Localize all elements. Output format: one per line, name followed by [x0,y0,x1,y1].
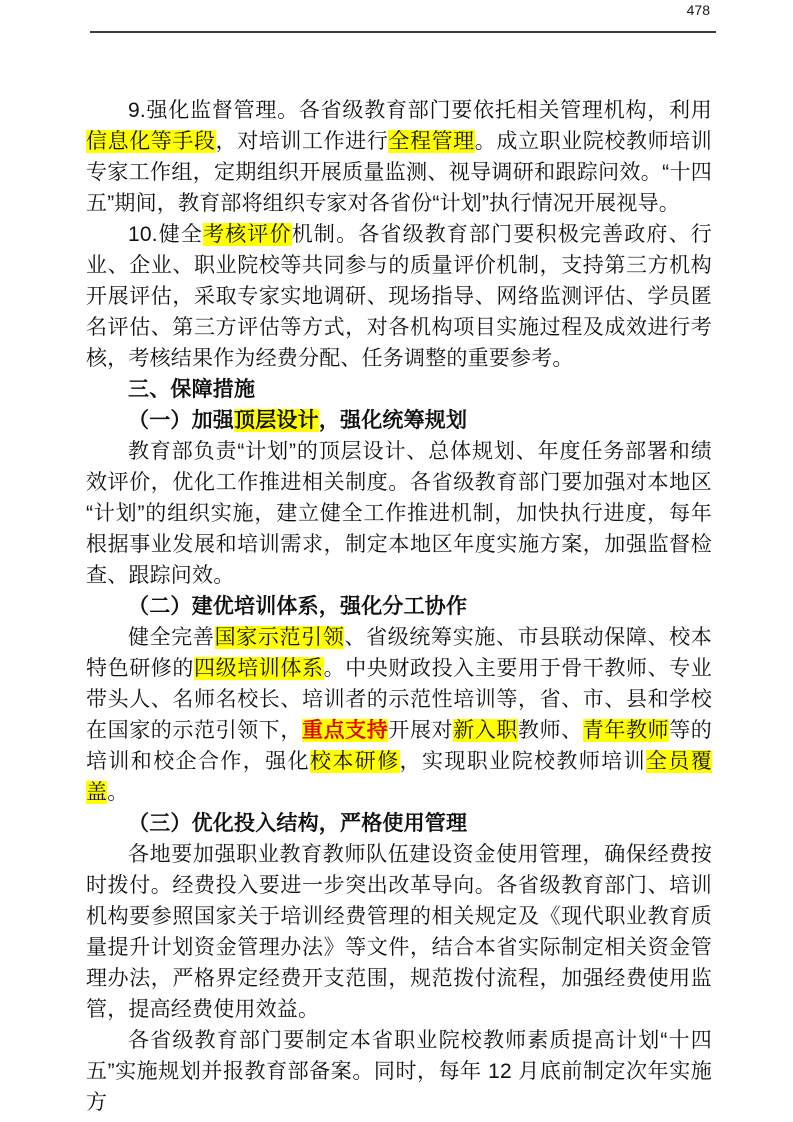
text-run: 10.健全 [128,223,203,246]
text-run: 健全完善 [128,626,215,649]
para-9-supervision: 9.强化监督管理。各省级教育部门要依托相关管理机构，利用信息化等手段，对培训工作… [86,95,712,219]
para-10-evaluation: 10.健全考核评价机制。各省级教育部门要积极完善政府、行业、企业、职业院校等共同… [86,219,712,374]
para-3-1-body: 教育部负责“计划”的顶层设计、总体规划、年度任务部署和绩效评价，优化工作推进相关… [86,436,712,591]
heading-3-1: （一）加强顶层设计，强化统筹规划 [86,405,712,436]
highlighted-text: 全程管理 [388,130,474,153]
text-run: 开展对 [388,719,453,742]
text-run: ，实现职业院校教师培训 [400,750,646,773]
heading-3-2: （二）建优培训体系，强化分工协作 [86,591,712,622]
text-run: 教育部负责“计划”的顶层设计、总体规划、年度任务部署和绩效评价，优化工作推进相关… [86,440,712,587]
text-run: 各地要加强职业教育教师队伍建设资金使用管理，确保经费按时拨付。经费投入要进一步突… [86,843,712,1021]
text-run: ，强化统筹规划 [319,409,467,432]
text-run: 各省级教育部门要制定本省职业院校教师素质提高计划“十四五”实施规划并报教育部备案… [86,1029,712,1114]
document-page: 478 9.强化监督管理。各省级教育部门要依托相关管理机构，利用信息化等手段，对… [0,0,793,1122]
text-run: 。 [107,781,128,804]
para-3-2-body: 健全完善国家示范引领、省级统筹实施、市县联动保障、校本特色研修的四级培训体系。中… [86,622,712,808]
text-run: 三、保障措施 [128,378,255,401]
document-body: 9.强化监督管理。各省级教育部门要依托相关管理机构，利用信息化等手段，对培训工作… [86,95,712,1118]
highlighted-text: 四级培训体系 [194,657,324,680]
text-run: 9.强化监督管理。各省级教育部门要依托相关管理机构，利用 [128,99,712,122]
highlighted-text: 新入职 [453,719,518,742]
text-run: （一）加强 [128,409,234,432]
heading-section-3: 三、保障措施 [86,374,712,405]
page-number: 478 [687,2,710,18]
text-run: （三）优化投入结构，严格使用管理 [128,812,467,835]
text-run: （二）建优培训体系，强化分工协作 [128,595,467,618]
header-rule [90,31,716,33]
highlighted-text: 校本研修 [310,750,400,773]
para-3-3-plan: 各省级教育部门要制定本省职业院校教师素质提高计划“十四五”实施规划并报教育部备案… [86,1025,712,1118]
highlighted-text: 国家示范引领 [215,626,345,649]
highlighted-text: 青年教师 [583,719,669,742]
highlighted-text: 信息化等手段 [86,130,216,153]
text-run: 教师、 [518,719,583,742]
highlighted-text: 顶层设计 [234,409,319,432]
text-run: ，对培训工作进行 [216,130,389,153]
heading-3-3: （三）优化投入结构，严格使用管理 [86,808,712,839]
para-3-3-body: 各地要加强职业教育教师队伍建设资金使用管理，确保经费按时拨付。经费投入要进一步突… [86,839,712,1025]
highlighted-text: 重点支持 [302,719,388,742]
highlighted-text: 考核评价 [203,223,292,246]
